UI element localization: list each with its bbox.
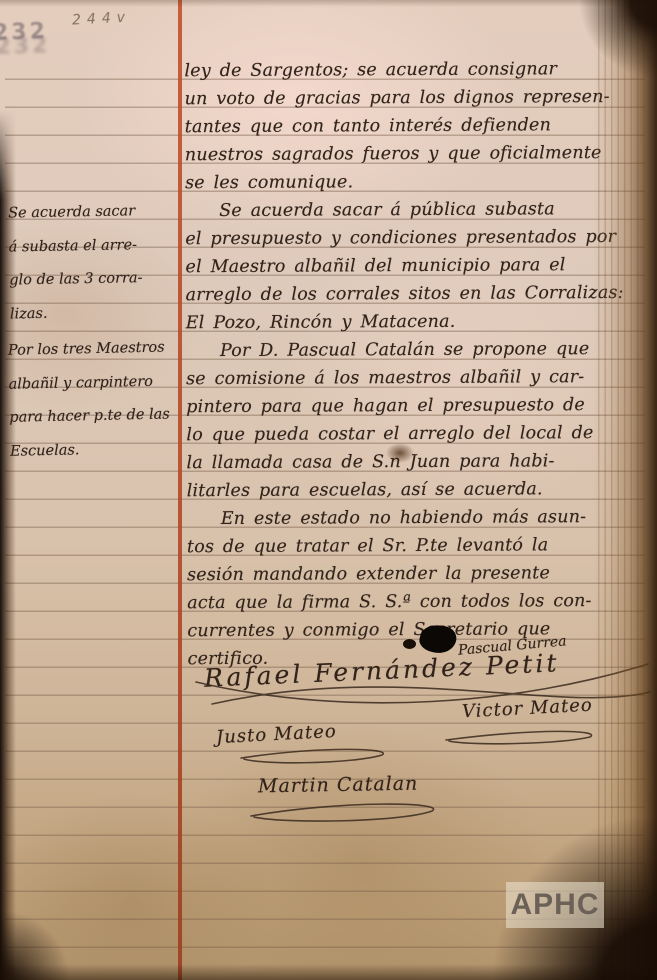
- text-line: el Maestro albañil del municipio para el: [185, 251, 647, 281]
- text-line: El Pozo, Rincón y Matacena.: [186, 307, 648, 337]
- text-line: ley de Sargentos; se acuerda consignar: [184, 55, 646, 85]
- text-line: lizas.: [10, 295, 181, 331]
- text-line: Por los tres Maestros: [8, 331, 179, 368]
- manuscript-photo: 232 244v Se acuerda sacará subasta el ar…: [0, 0, 657, 980]
- book-gutter-shadow: [0, 110, 16, 980]
- text-line: Se acuerda sacar á pública subasta: [185, 195, 647, 225]
- page-edge-right: [593, 0, 657, 980]
- archive-watermark-label: APHC: [510, 888, 599, 922]
- text-line: á subasta el arre-: [8, 228, 179, 264]
- margin-note-maestros: Por los tres Maestrosalbañil y carpinter…: [8, 331, 181, 469]
- signature-martin-catalan: Martin Catalan: [258, 773, 419, 798]
- margin-note-subasta: Se acuerda sacará subasta el arre-glo de…: [8, 195, 180, 332]
- text-line: arreglo de los corrales sitos en las Cor…: [186, 279, 648, 309]
- text-line: Escuelas.: [10, 432, 181, 469]
- text-line: el presupuesto y condiciones presentados…: [185, 223, 647, 253]
- text-line: Se acuerda sacar: [8, 195, 179, 231]
- text-line: nuestros sagrados fueros y que oficialme…: [185, 139, 647, 169]
- text-line: sesión mandando extender la presente: [187, 559, 649, 589]
- text-line: litarles para escuelas, así se acuerda.: [187, 475, 649, 505]
- text-line: para hacer p.te de las: [9, 398, 180, 435]
- text-line: pintero para que hagan el presupuesto de: [186, 391, 648, 421]
- text-line: la llamada casa de S.n Juan para habi-: [186, 447, 648, 477]
- text-line: Por D. Pascual Catalán se propone que: [186, 335, 648, 365]
- folio-pencil-number: 244v: [72, 9, 132, 28]
- archive-watermark: APHC: [506, 882, 604, 928]
- manuscript-body-text: ley de Sargentos; se acuerda consignarun…: [184, 55, 649, 673]
- text-line: acta que la firma S. S.ª con todos los c…: [187, 587, 649, 617]
- red-margin-line: [178, 0, 182, 980]
- text-line: lo que pueda costar el arreglo del local…: [186, 419, 648, 449]
- text-line: se les comunique.: [185, 167, 647, 197]
- text-line: tantes que con tanto interés defienden: [185, 111, 647, 141]
- text-line: albañil y carpintero: [8, 365, 179, 402]
- text-line: En este estado no habiendo más asun-: [187, 503, 649, 533]
- text-line: se comisione á los maestros albañil y ca…: [186, 363, 648, 393]
- text-line: un voto de gracias para los dignos repre…: [185, 83, 647, 113]
- ink-blot-dot: [403, 639, 416, 649]
- text-line: tos de que tratar el Sr. P.te levantó la: [187, 531, 649, 561]
- page-stamp-number: 232: [0, 19, 48, 46]
- text-line: glo de las 3 corra-: [9, 262, 180, 298]
- ink-smudge: [386, 443, 414, 463]
